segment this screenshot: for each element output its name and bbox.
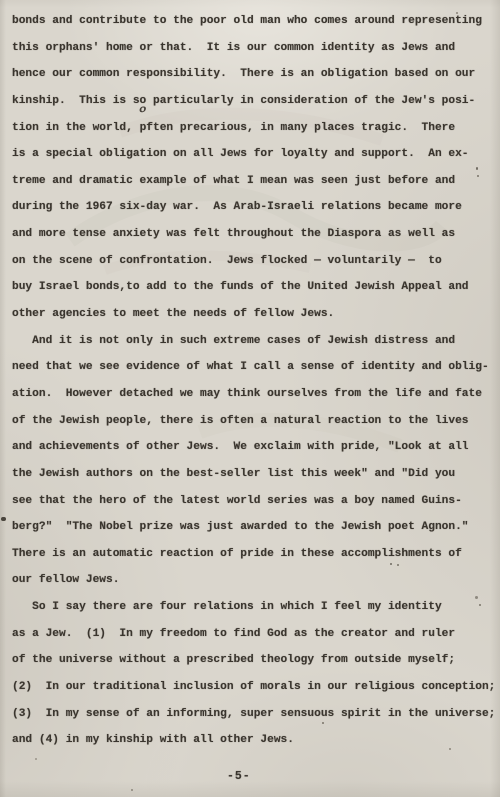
typo-char: p (140, 122, 147, 134)
text-line: the Jewish authors on the best-seller li… (12, 461, 497, 488)
text-line: and more tense anxiety was felt througho… (12, 221, 497, 248)
text-line: on the scene of confrontation. Jews floc… (12, 248, 497, 275)
text-line: need that we see evidence of what I call… (12, 354, 497, 381)
text-line: So I say there are four relations in whi… (12, 594, 497, 621)
text-line: (3) In my sense of an informing, super s… (12, 701, 497, 728)
text-line: kinship. This is so particularly in cons… (12, 88, 497, 115)
text-line: this orphans' home or that. It is our co… (12, 35, 497, 62)
text-line: during the 1967 six-day war. As Arab-Isr… (12, 194, 497, 221)
text-line: And it is not only in such extreme cases… (12, 328, 497, 355)
text-line: bonds and contribute to the poor old man… (12, 8, 497, 35)
text-line: as a Jew. (1) In my freedom to find God … (12, 621, 497, 648)
line-segment: ften precarious, in many places tragic. … (146, 122, 455, 134)
line-segment: tion in the world, (12, 122, 140, 134)
text-line: see that the hero of the latest world se… (12, 488, 497, 515)
text-line: (2) In our traditional inclusion of mora… (12, 674, 497, 701)
text-line: ation. However detached we may think our… (12, 381, 497, 408)
text-line: treme and dramatic example of what I mea… (12, 168, 497, 195)
paragraph-3: So I say there are four relations in whi… (12, 594, 497, 754)
overtyped-char: po (140, 115, 147, 142)
text-line: berg?" "The Nobel prize was just awarded… (12, 514, 497, 541)
text-line: and achievements of other Jews. We excla… (12, 434, 497, 461)
paragraph-2: And it is not only in such extreme cases… (12, 328, 497, 594)
handwritten-correction: o (138, 105, 147, 116)
paper-speck (35, 758, 37, 760)
paragraph-1: bonds and contribute to the poor old man… (12, 8, 497, 328)
text-line-with-correction: tion in the world, poften precarious, in… (12, 115, 497, 142)
text-line: There is an automatic reaction of pride … (12, 541, 497, 568)
text-line: is a special obligation on all Jews for … (12, 141, 497, 168)
document-text: bonds and contribute to the poor old man… (12, 8, 497, 754)
text-line: of the universe without a prescribed the… (12, 647, 497, 674)
text-line: and (4) in my kinship with all other Jew… (12, 727, 497, 754)
scanned-document-page: bonds and contribute to the poor old man… (0, 0, 500, 797)
text-line: other agencies to meet the needs of fell… (12, 301, 497, 328)
page-number: -5- (227, 769, 251, 785)
text-line: hence our common responsibility. There i… (12, 61, 497, 88)
paper-speck (131, 789, 133, 791)
paper-speck (1, 517, 6, 521)
text-line: buy Israel bonds,to add to the funds of … (12, 274, 497, 301)
text-line: our fellow Jews. (12, 567, 497, 594)
text-line: of the Jewish people, there is often a n… (12, 408, 497, 435)
